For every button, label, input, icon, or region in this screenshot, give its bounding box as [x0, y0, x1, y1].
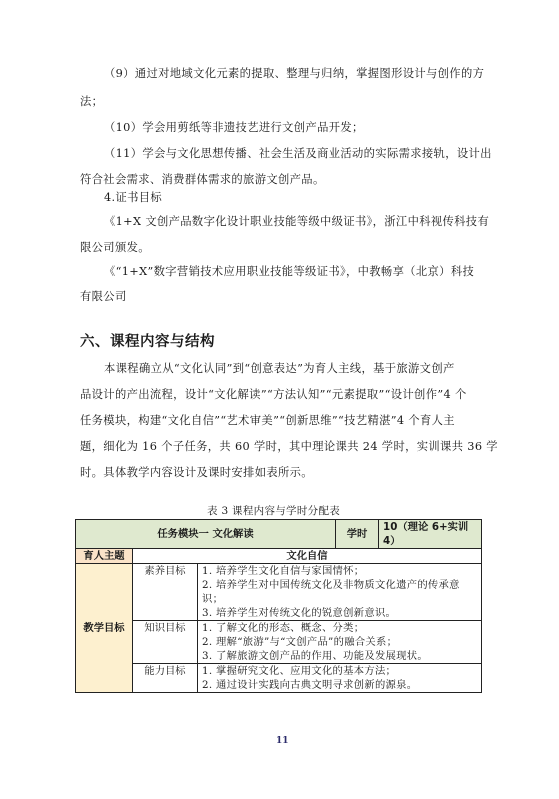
body-line-3: 任务模块，构建“文化自信”“艺术审美”“创新思维”“技艺精湛”4 个育人主: [80, 414, 455, 428]
goal-item: 2. 培养学生对中国传统文化及非物质文化遗产的传承意识；: [202, 578, 477, 606]
cert-2-line-1: 《“1+X”数字营销技术应用职业技能等级证书》，中教畅享（北京）科技: [104, 265, 474, 279]
goal-type: 能力目标: [133, 664, 198, 693]
cert-2-line-2: 有限公司: [80, 290, 127, 304]
page-number: 11: [276, 736, 289, 746]
item-11-line-1: （11）学会与文化思想传播、社会生活及商业活动的实际需求接轨，设计出: [104, 147, 492, 161]
module-label: 任务模块一 文化解读: [76, 520, 336, 549]
goal-item: 1. 培养学生文化自信与家国情怀；: [202, 564, 477, 578]
goal-item: 2. 通过设计实践向古典文明寻求创新的源泉。: [202, 678, 477, 692]
body-line-2: 品设计的产出流程，设计“文化解读”“方法认知”“元素提取”“设计创作”4 个: [80, 388, 467, 402]
goal-type: 知识目标: [133, 621, 198, 664]
theme-label: 育人主题: [76, 549, 133, 564]
goal-items: 1. 掌握研究文化、应用文化的基本方法； 2. 通过设计实践向古典文明寻求创新的…: [198, 664, 482, 693]
body-line-4: 题，细化为 16 个子任务，共 60 学时，其中理论课共 24 学时，实训课共 …: [80, 440, 498, 454]
hours-label: 学时: [336, 520, 379, 549]
goal-row-literacy: 教学目标 素养目标 1. 培养学生文化自信与家国情怀； 2. 培养学生对中国传统…: [76, 564, 482, 621]
course-content-table: 任务模块一 文化解读 学时 10（理论 6+实训 4） 育人主题 文化自信 教学…: [75, 519, 482, 693]
goals-label: 教学目标: [76, 564, 133, 693]
item-11-line-2: 符合社会需求、消费群体需求的旅游文创产品。: [80, 173, 325, 187]
goal-row-ability: 能力目标 1. 掌握研究文化、应用文化的基本方法； 2. 通过设计实践向古典文明…: [76, 664, 482, 693]
theme-row: 育人主题 文化自信: [76, 549, 482, 564]
goal-item: 1. 了解文化的形态、概念、分类；: [202, 621, 477, 635]
theme-value: 文化自信: [133, 549, 482, 564]
cert-1-line-2: 限公司颁发。: [80, 241, 150, 255]
goal-items: 1. 了解文化的形态、概念、分类； 2. 理解“旅游”与“文创产品”的融合关系；…: [198, 621, 482, 664]
body-line-5: 时。具体教学内容设计及课时安排如表所示。: [80, 466, 313, 480]
goal-item: 3. 培养学生对传统文化的锐意创新意识。: [202, 606, 477, 620]
goal-item: 3. 了解旅游文创产品的作用、功能及发展现状。: [202, 649, 477, 663]
goal-type: 素养目标: [133, 564, 198, 621]
module-header-row: 任务模块一 文化解读 学时 10（理论 6+实训 4）: [76, 520, 482, 549]
goal-row-knowledge: 知识目标 1. 了解文化的形态、概念、分类； 2. 理解“旅游”与“文创产品”的…: [76, 621, 482, 664]
body-line-1: 本课程确立从“文化认同”到“创意表达”为育人主线，基于旅游文创产: [104, 362, 455, 376]
section-title: 六、课程内容与结构: [80, 330, 215, 351]
goal-item: 1. 掌握研究文化、应用文化的基本方法；: [202, 664, 477, 678]
cert-1-line-1: 《1+X 文创产品数字化设计职业技能等级中级证书》，浙江中科视传科技有: [104, 215, 489, 229]
goal-item: 2. 理解“旅游”与“文创产品”的融合关系；: [202, 635, 477, 649]
item-10: （10）学会用剪纸等非遗技艺进行文创产品开发；: [104, 121, 364, 135]
table-caption: 表 3 课程内容与学时分配表: [207, 503, 340, 518]
item-9-line-1: （9）通过对地域文化元素的提取、整理与归纳，掌握图形设计与创作的方: [104, 67, 484, 81]
item-9-line-2: 法；: [80, 95, 103, 109]
hours-value: 10（理论 6+实训 4）: [379, 520, 482, 549]
goal-items: 1. 培养学生文化自信与家国情怀； 2. 培养学生对中国传统文化及非物质文化遗产…: [198, 564, 482, 621]
cert-heading: 4.证书目标: [104, 191, 162, 205]
